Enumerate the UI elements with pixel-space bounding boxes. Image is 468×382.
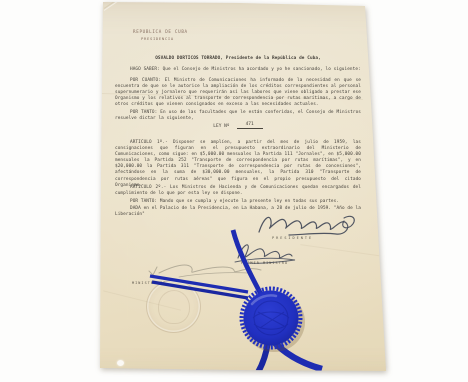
law-number-row: LEY Nº 471 [115, 122, 361, 129]
document-heading: OSVALDO DORTICOS TORRADO, Presidente de … [115, 56, 361, 62]
paper-crease [104, 0, 148, 9]
por-cuanto-clause: POR CUANTO: El Ministro de Comunicacione… [115, 78, 361, 108]
embossed-seal [146, 280, 201, 333]
paper-stain [117, 360, 124, 366]
scanned-document-photo: REPUBLICA DE CUBA PRESIDENCIA OSVALDO DO… [0, 0, 468, 382]
paper-crease [300, 244, 383, 257]
letterhead-republic: REPUBLICA DE CUBA [133, 29, 188, 34]
law-number: 471 [237, 122, 263, 129]
minister-signature-label: MINISTRO DE [132, 281, 167, 285]
letterhead-presidencia: PRESIDENCIA [141, 36, 174, 41]
law-label: LEY Nº [213, 124, 229, 129]
por-tanto-clause: POR TANTO: En uso de las facultades que … [115, 110, 361, 122]
notary-seal-icon [242, 289, 301, 348]
paper-crease [104, 0, 148, 10]
embossed-seal-crest [158, 290, 190, 324]
articulo-2: ARTICULO 2º.- Los Ministros de Hacienda … [115, 185, 361, 197]
paper-shadow: REPUBLICA DE CUBA PRESIDENCIA OSVALDO DO… [0, 0, 468, 382]
mandate-clause: POR TANTO: Mando que se cumpla y ejecute… [115, 199, 361, 205]
intro-clause: HAGO SABER: Que el Consejo de Ministros … [115, 67, 361, 73]
minister-signature [145, 259, 265, 281]
articulo-1: ARTICULO 1º.- Disponer se amplíen, a par… [115, 140, 361, 189]
document-paper: REPUBLICA DE CUBA PRESIDENCIA OSVALDO DO… [0, 0, 468, 382]
